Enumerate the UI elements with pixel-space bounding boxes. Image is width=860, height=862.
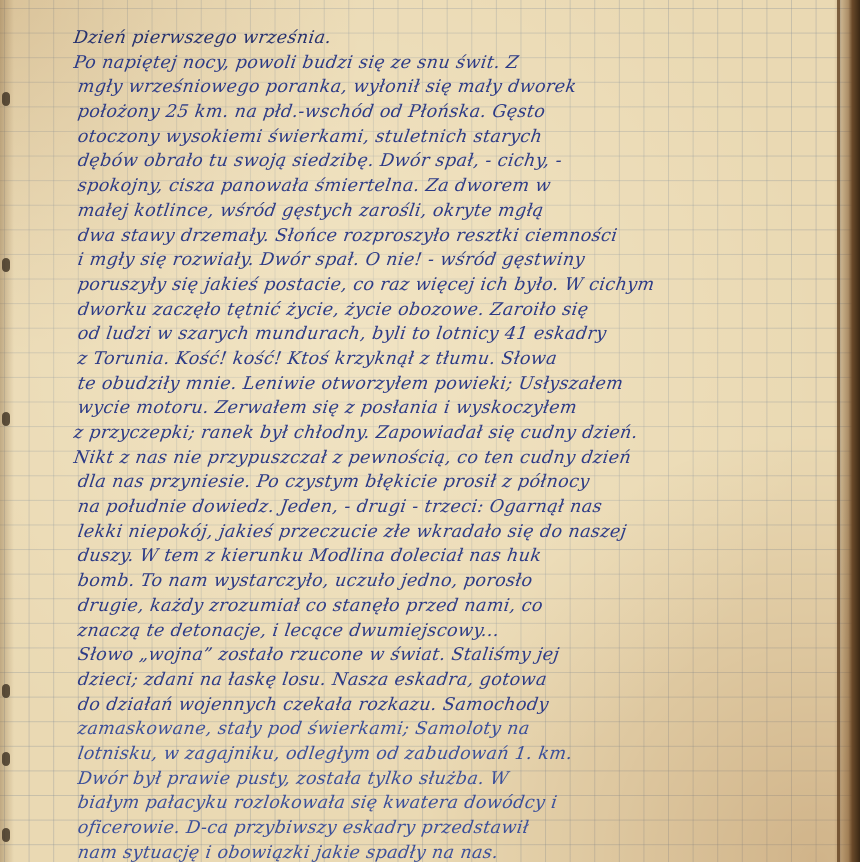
text-line: Po napiętej nocy, powoli budzi się ze sn… <box>72 51 835 76</box>
diary-entry-title: Dzień pierwszego września. <box>72 26 835 51</box>
text-line: na południe dowiedz. Jeden, - drugi - tr… <box>72 495 835 520</box>
text-line: poruszyły się jakieś postacie, co raz wi… <box>72 273 835 298</box>
page-left-edge <box>0 0 14 862</box>
text-line: dworku zaczęło tętnić życie, życie obozo… <box>72 298 835 323</box>
text-line: małej kotlince, wśród gęstych zarośli, o… <box>72 199 835 224</box>
text-line: lekki niepokój, jakieś przeczucie złe wk… <box>72 520 835 545</box>
text-line: te obudziły mnie. Leniwie otworzyłem pow… <box>72 372 835 397</box>
page-margin-rule <box>837 0 840 862</box>
text-line: i mgły się rozwiały. Dwór spał. O nie! -… <box>72 248 835 273</box>
text-line: mgły wrześniowego poranka, wyłonił się m… <box>72 75 835 100</box>
text-line: duszy. W tem z kierunku Modlina doleciał… <box>72 544 835 569</box>
text-line: bomb. To nam wystarczyło, uczuło jedno, … <box>72 569 835 594</box>
text-line: Dwór był prawie pusty, została tylko słu… <box>72 767 835 792</box>
binding-hole <box>2 828 10 842</box>
text-line: dębów obrało tu swoją siedzibę. Dwór spa… <box>72 149 835 174</box>
text-line: zamaskowane, stały pod świerkami; Samolo… <box>72 717 835 742</box>
text-line: położony 25 km. na płd.-wschód od Płońsk… <box>72 100 835 125</box>
text-line: od ludzi w szarych mundurach, byli to lo… <box>72 322 835 347</box>
text-line: nam sytuację i obowiązki jakie spadły na… <box>72 841 835 862</box>
text-line: z Torunia. Kość! kość! Ktoś krzyknął z t… <box>72 347 835 372</box>
text-line: lotnisku, w zagajniku, odległym od zabud… <box>72 742 835 767</box>
text-line: do działań wojennych czekała rozkazu. Sa… <box>72 693 835 718</box>
text-line: Nikt z nas nie przypuszczał z pewnością,… <box>72 446 835 471</box>
text-line: z przyczepki; ranek był chłodny. Zapowia… <box>72 421 835 446</box>
binding-hole <box>2 684 10 698</box>
text-line: dla nas przyniesie. Po czystym błękicie … <box>72 470 835 495</box>
text-line: białym pałacyku rozlokowała się kwatera … <box>72 791 835 816</box>
text-line: drugie, każdy zrozumiał co stanęło przed… <box>72 594 835 619</box>
text-line: oficerowie. D-ca przybiwszy eskadry prze… <box>72 816 835 841</box>
diary-page: Dzień pierwszego września. Po napiętej n… <box>0 0 860 862</box>
binding-hole <box>2 258 10 272</box>
binding-hole <box>2 92 10 106</box>
text-line: spokojny, cisza panowała śmiertelna. Za … <box>72 174 835 199</box>
handwritten-text: Dzień pierwszego września. Po napiętej n… <box>72 26 832 862</box>
binding-hole <box>2 412 10 426</box>
text-line: dzieci; zdani na łaskę losu. Nasza eskad… <box>72 668 835 693</box>
text-line: otoczony wysokiemi świerkami, stuletnich… <box>72 125 835 150</box>
text-line: Słowo „wojna” zostało rzucone w świat. S… <box>72 643 835 668</box>
binding-hole <box>2 752 10 766</box>
text-line: wycie motoru. Zerwałem się z posłania i … <box>72 396 835 421</box>
text-line: dwa stawy drzemały. Słońce rozproszyło r… <box>72 224 835 249</box>
text-line: znaczą te detonacje, i lecące dwumiejsco… <box>72 619 835 644</box>
